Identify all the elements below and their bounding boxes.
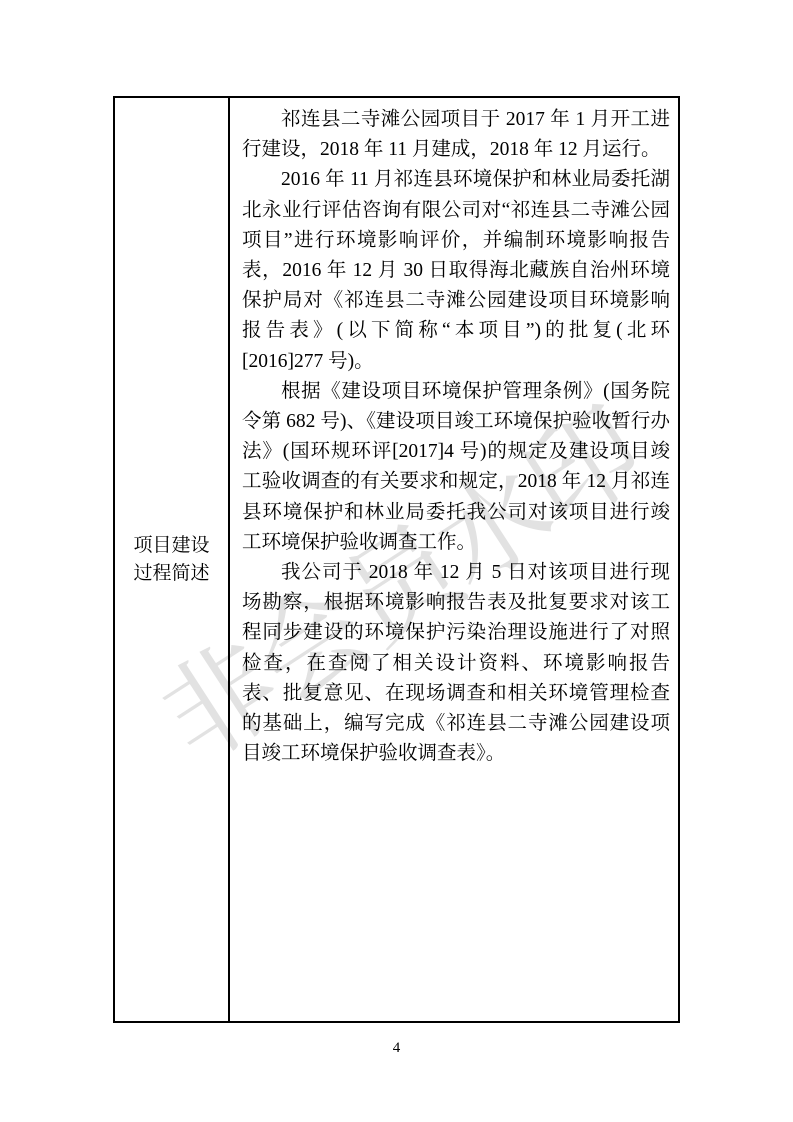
page-number: 4: [0, 1040, 793, 1057]
row-label-line-2: 过程简述: [133, 560, 209, 588]
project-construction-table: 项目建设 过程简述 祁连县二寺滩公园项目于 2017 年 1 月开工进行建设，2…: [113, 96, 680, 1023]
content-paragraph: 2016 年 11 月祁连县环境保护和林业局委托湖北永业行评估咨询有限公司对“祁…: [242, 165, 670, 376]
content-paragraph: 根据《建设项目环境保护管理条例》(国务院令第 682 号)、《建设项目竣工环境保…: [242, 377, 670, 558]
content-paragraph: 我公司于 2018 年 12 月 5 日对该项目进行现场勘察，根据环境影响报告表…: [242, 558, 670, 769]
row-content-cell: 祁连县二寺滩公园项目于 2017 年 1 月开工进行建设，2018 年 11 月…: [230, 98, 678, 1021]
row-label-cell: 项目建设 过程简述: [115, 98, 230, 1021]
row-label-line-1: 项目建设: [133, 532, 209, 560]
content-paragraph: 祁连县二寺滩公园项目于 2017 年 1 月开工进行建设，2018 年 11 月…: [242, 105, 670, 165]
